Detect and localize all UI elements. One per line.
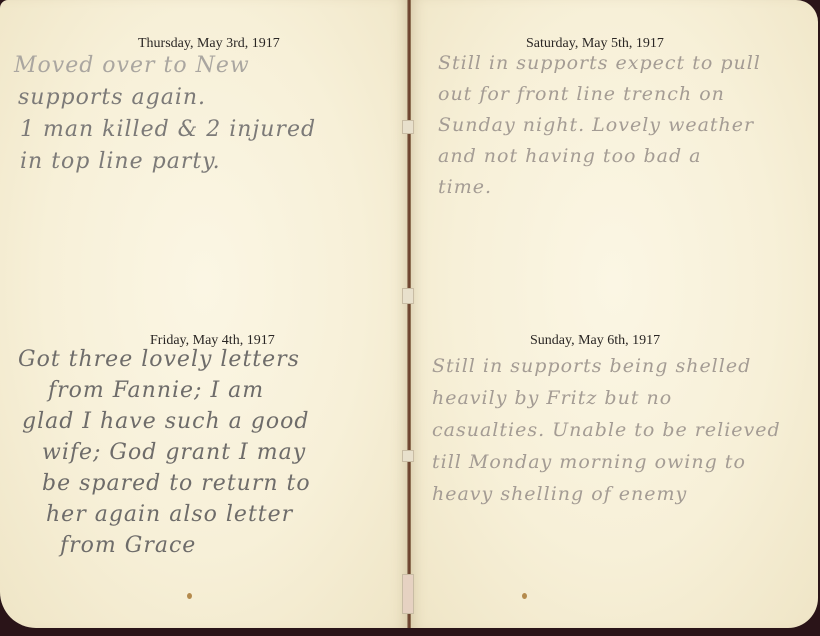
paper-stain bbox=[522, 593, 527, 599]
entry-text: Moved over to New supports again. 1 man … bbox=[14, 50, 316, 178]
text-line: out for front line trench on bbox=[438, 79, 761, 110]
text-line: Still in supports expect to pull bbox=[438, 48, 761, 79]
text-line: heavy shelling of enemy bbox=[432, 478, 781, 510]
right-page: Saturday, May 5th, 1917 Still in support… bbox=[410, 0, 818, 628]
text-line: time. bbox=[438, 172, 761, 203]
text-line: glad I have such a good bbox=[18, 406, 311, 437]
binding-thread bbox=[402, 288, 414, 304]
text-line: in top line party. bbox=[14, 146, 316, 178]
book-spine bbox=[407, 0, 411, 628]
text-line: casualties. Unable to be relieved bbox=[432, 414, 781, 446]
left-page: Thursday, May 3rd, 1917 Moved over to Ne… bbox=[0, 0, 408, 628]
text-line: Still in supports being shelled bbox=[432, 350, 781, 382]
paper-stain bbox=[187, 593, 192, 599]
text-line: till Monday morning owing to bbox=[432, 446, 781, 478]
text-line: Sunday night. Lovely weather bbox=[438, 110, 761, 141]
entry-date: Sunday, May 6th, 1917 bbox=[530, 333, 660, 349]
text-line: from Fannie; I am bbox=[18, 375, 311, 406]
text-line: 1 man killed & 2 injured bbox=[14, 114, 316, 146]
binding-thread bbox=[402, 450, 414, 462]
binding-thread bbox=[402, 120, 414, 134]
text-line: heavily by Fritz but no bbox=[432, 382, 781, 414]
text-line: Got three lovely letters bbox=[18, 344, 311, 375]
entry-text: Still in supports being shelled heavily … bbox=[432, 350, 781, 510]
entry-text: Still in supports expect to pull out for… bbox=[438, 48, 761, 203]
entry-text: Got three lovely letters from Fannie; I … bbox=[18, 344, 311, 561]
binding-thread bbox=[402, 574, 414, 614]
text-line: Moved over to New bbox=[14, 50, 316, 82]
text-line: her again also letter bbox=[18, 499, 311, 530]
diary-book: Thursday, May 3rd, 1917 Moved over to Ne… bbox=[0, 0, 820, 636]
text-line: from Grace bbox=[18, 530, 311, 561]
text-line: be spared to return to bbox=[18, 468, 311, 499]
text-line: supports again. bbox=[14, 82, 316, 114]
text-line: wife; God grant I may bbox=[18, 437, 311, 468]
text-line: and not having too bad a bbox=[438, 141, 761, 172]
